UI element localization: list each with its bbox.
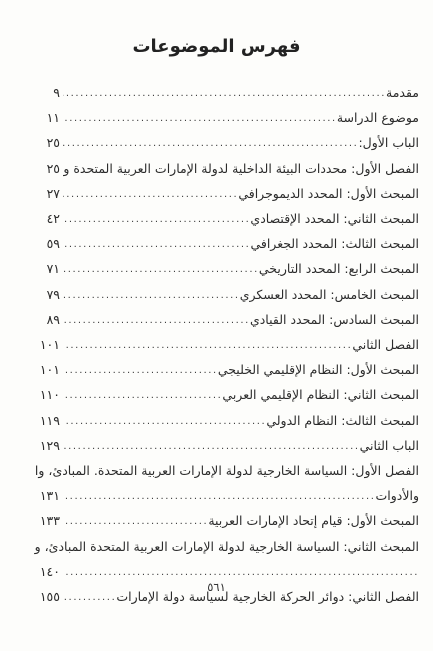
toc-entry-title: الفصل الثاني <box>352 333 419 356</box>
toc-entry-page-number: ١١٩ <box>34 409 63 432</box>
toc-entry-title: الفصل الأول: محددات البيئة الداخلية لدول… <box>63 157 419 180</box>
toc-entry-title: الباب الأول: <box>358 131 419 154</box>
toc-entry-page-number: ١٠١ <box>34 333 63 356</box>
toc-entry-title: المبحث الثالث: النظام الدولي <box>266 409 419 432</box>
toc-entry-page-number: ٢٥ <box>34 131 63 154</box>
page-title: فهرس الموضوعات <box>0 0 433 57</box>
toc-entry: الفصل الأول: محددات البيئة الداخلية لدول… <box>34 157 419 182</box>
toc-entry-title: مقدمة <box>386 81 419 104</box>
toc-entry-page-number: ٩ <box>34 81 63 104</box>
scanned-toc-page: فهرس الموضوعات مقدمة ٩ موضوع الدراسة ١١ … <box>0 0 433 651</box>
toc-entry-page-number: ١١٠ <box>34 383 63 406</box>
toc-entry-title: المبحث الثاني: السياسة الخارجية لدولة ال… <box>34 535 419 558</box>
toc-entry-page-number: ٨٩ <box>34 308 63 331</box>
toc-entry-title: موضوع الدراسة <box>337 106 419 129</box>
toc-entry: المبحث الرابع: المحدد التاريخي ٧١ <box>34 257 419 282</box>
toc-entry: الباب الأول: ٢٥ <box>34 131 419 156</box>
dot-leader <box>63 334 352 357</box>
toc-entry-page-number: ٥٩ <box>34 232 63 255</box>
toc-entry-title: المبحث الأول: المحدد الديموجرافي <box>238 182 419 205</box>
toc-entry: المبحث الأول: النظام الإقليمي الخليجي ١٠… <box>34 358 419 383</box>
dot-leader <box>63 309 250 332</box>
dot-leader <box>63 410 266 433</box>
toc-entry-title: المبحث الثاني: المحدد الإقتصادي <box>250 207 419 230</box>
toc-entry-page-number: ٧١ <box>34 257 63 280</box>
toc-entry-page-number: ٢٥ <box>34 157 63 180</box>
dot-leader <box>63 132 358 155</box>
toc-entry: الباب الثاني ١٢٩ <box>34 434 419 459</box>
dot-leader <box>63 284 240 307</box>
toc-entry: موضوع الدراسة ١١ <box>34 106 419 131</box>
dot-leader <box>63 82 386 105</box>
dot-leader <box>63 183 238 206</box>
folio-page-number: ٥٦١ <box>0 580 433 594</box>
toc-entry-page-number: ١١ <box>34 106 63 129</box>
toc-entry-title: المبحث الأول: النظام الإقليمي الخليجي <box>218 358 419 381</box>
toc-entry-title: والأدوات <box>376 484 419 507</box>
toc-entry-title: المبحث الثالث: المحدد الجغرافي <box>250 232 419 255</box>
toc-entry: المبحث السادس: المحدد القيادي ٨٩ <box>34 308 419 333</box>
toc-entry-title: المبحث الأول: قيام إتحاد الإمارات العربي… <box>208 509 419 532</box>
toc-entry-page-number: ٤٢ <box>34 207 63 230</box>
toc-entry-page-number: ٧٩ <box>34 283 63 306</box>
dot-leader <box>63 208 250 231</box>
toc-entry: المبحث الثالث: المحدد الجغرافي ٥٩ <box>34 232 419 257</box>
toc-entry-page-number: ٢٧ <box>34 182 63 205</box>
toc-entry: المبحث الثاني: المحدد الإقتصادي ٤٢ <box>34 207 419 232</box>
dot-leader <box>63 384 222 407</box>
toc-entry: الفصل الأول: السياسة الخارجية لدولة الإم… <box>34 459 419 484</box>
toc-entry-title: الباب الثاني <box>360 434 419 457</box>
dot-leader <box>63 233 250 256</box>
toc-entry: المبحث الخامس: المحدد العسكري ٧٩ <box>34 283 419 308</box>
dot-leader <box>63 258 259 281</box>
dot-leader <box>63 359 218 382</box>
dot-leader <box>63 485 376 508</box>
dot-leader <box>63 510 208 533</box>
toc-entry-page-number: ١٣١ <box>34 484 63 507</box>
toc-entry: المبحث الأول: المحدد الديموجرافي ٢٧ <box>34 182 419 207</box>
toc-entry-page-number: ١٢٩ <box>34 434 63 457</box>
toc-entry-title: المبحث السادس: المحدد القيادي <box>250 308 419 331</box>
toc-entry-page-number: ١٣٣ <box>34 509 63 532</box>
toc-entry: الفصل الثاني ١٠١ <box>34 333 419 358</box>
toc-entry: المبحث الثالث: النظام الدولي ١١٩ <box>34 409 419 434</box>
toc-entry: مقدمة ٩ <box>34 81 419 106</box>
toc-entry-title: المبحث الرابع: المحدد التاريخي <box>259 257 419 280</box>
toc-entry: المبحث الثاني: النظام الإقليمي العربي ١١… <box>34 383 419 408</box>
toc-entry-page-number: ١٠١ <box>34 358 63 381</box>
toc-entry: والأدوات ١٣١ <box>34 484 419 509</box>
toc-entry-title: المبحث الثاني: النظام الإقليمي العربي <box>222 383 419 406</box>
toc-entry: المبحث الأول: قيام إتحاد الإمارات العربي… <box>34 509 419 534</box>
toc-entry-title: المبحث الخامس: المحدد العسكري <box>240 283 419 306</box>
toc-list: مقدمة ٩ موضوع الدراسة ١١ الباب الأول: ٢٥… <box>0 81 433 610</box>
dot-leader <box>63 107 337 130</box>
dot-leader <box>63 435 360 458</box>
toc-entry-title: الفصل الأول: السياسة الخارجية لدولة الإم… <box>34 459 419 482</box>
toc-entry: المبحث الثاني: السياسة الخارجية لدولة ال… <box>34 535 419 560</box>
